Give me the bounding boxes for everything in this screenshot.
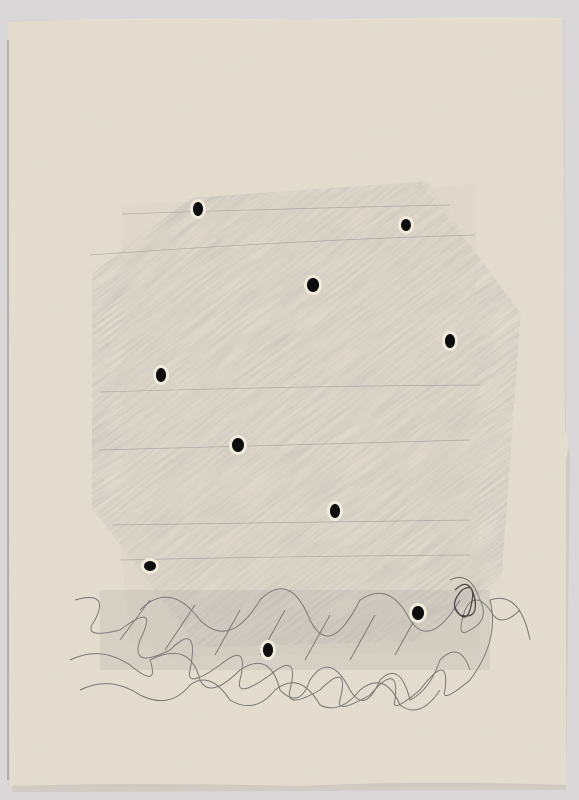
burnt-hole	[232, 438, 244, 452]
burnt-hole	[330, 504, 340, 518]
burnt-hole	[445, 334, 455, 348]
burnt-hole	[263, 643, 273, 657]
scribble-shade	[100, 590, 490, 670]
burnt-hole	[144, 561, 156, 571]
burnt-hole	[307, 278, 319, 292]
artwork-canvas	[0, 0, 579, 800]
burnt-hole	[412, 606, 424, 620]
burnt-hole	[156, 368, 166, 382]
burnt-hole	[401, 219, 411, 231]
artwork	[0, 0, 579, 800]
burnt-hole	[193, 202, 203, 216]
